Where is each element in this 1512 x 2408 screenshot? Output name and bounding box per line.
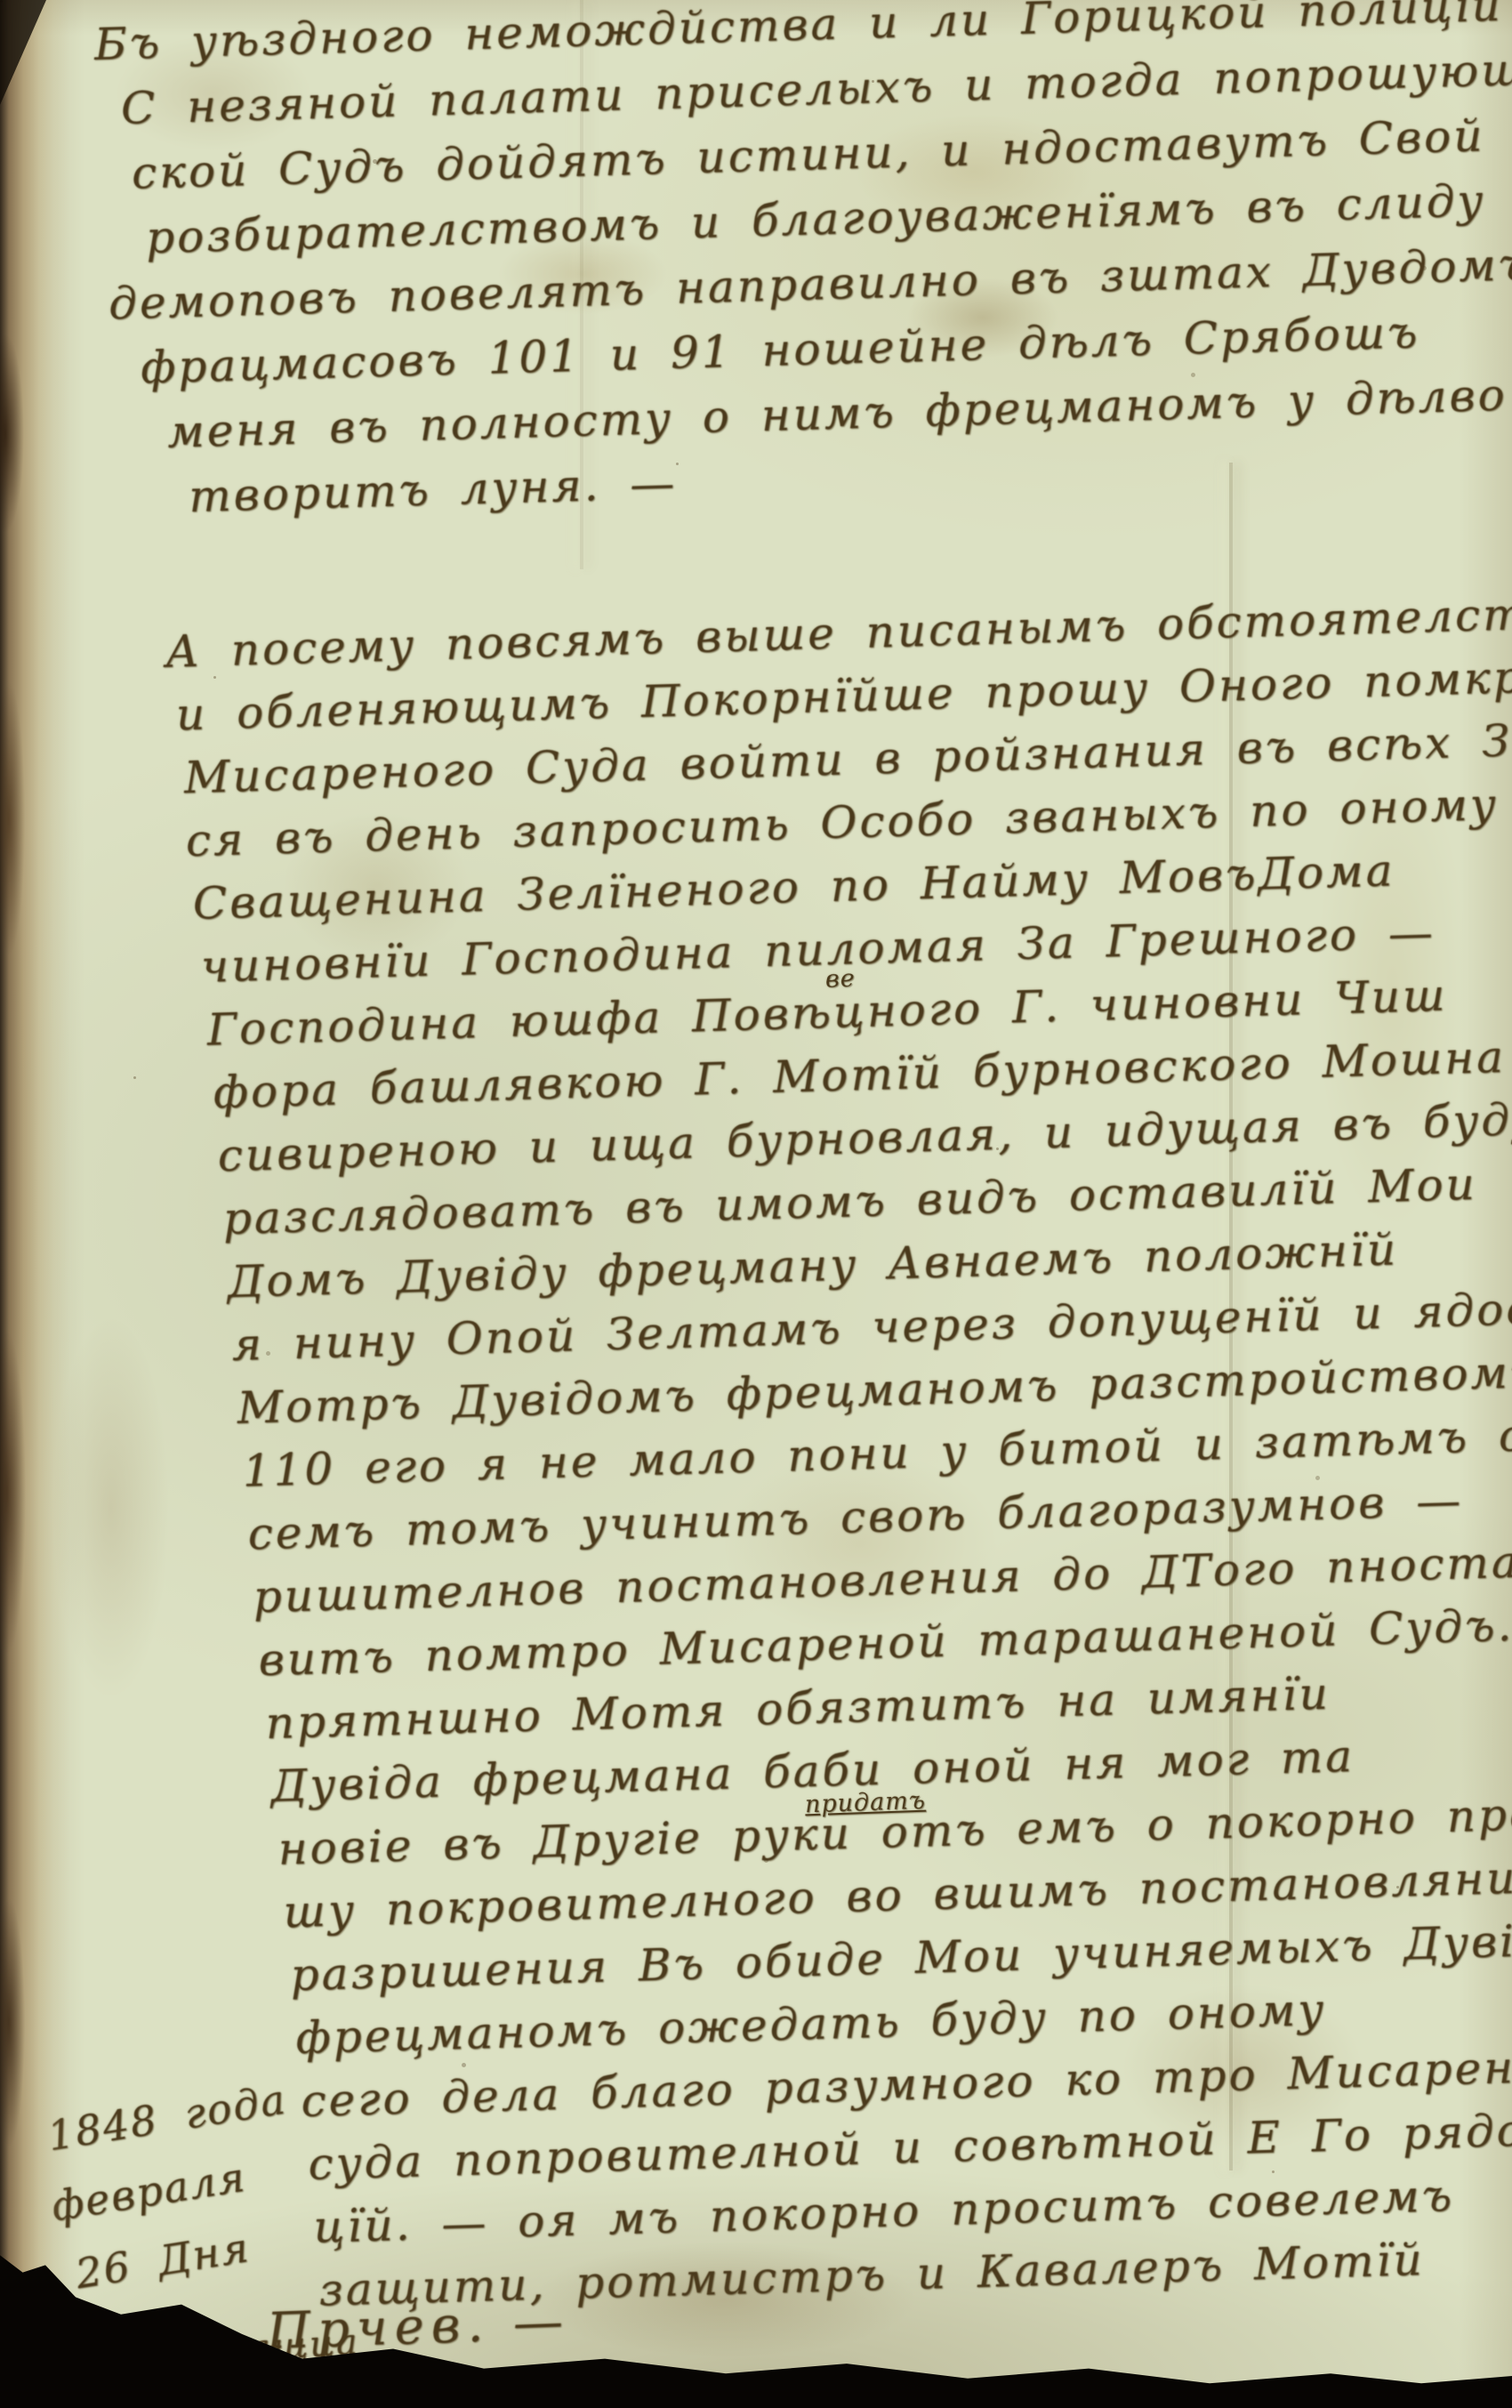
page-left-edge xyxy=(0,0,69,2408)
interlinear-insertion: ве xyxy=(824,965,856,993)
paper-stain xyxy=(53,1317,169,1699)
interlinear-insertion: придатъ xyxy=(805,1788,927,1819)
opening-paragraph: Бъ уѣздного немождйства и ли Горицкой по… xyxy=(93,0,1512,532)
manuscript-photo: Бъ уѣздного немождйства и ли Горицкой по… xyxy=(0,0,1512,2408)
margin-date-block: 1848 года февраля 26 Дня xyxy=(27,2065,314,2313)
petition-body-paragraph: А посему повсямъ выше писанымъ обстоятел… xyxy=(160,577,1512,2325)
signature: Прчев. — xyxy=(266,2295,571,2359)
